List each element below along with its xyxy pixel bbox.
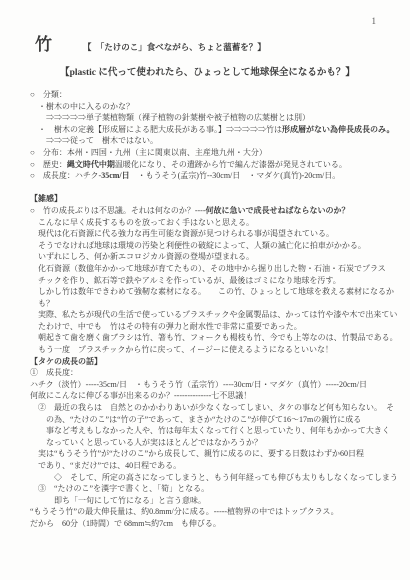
text-segment: 実際、私たちが現代の生活で使っているプラスチックや金属製品は、かっては竹や漆や木… (38, 310, 397, 319)
text-segment: しかし竹は数年できわめて強靭な素材になる。 この竹、ひょっとして地球を救える素材… (38, 287, 394, 296)
text-segment: も？ (38, 299, 54, 308)
text-line: そうでなければ地球は環境の汚染と利便性の破綻によって、人類の滅亡化に拍車がかかる… (24, 240, 398, 252)
text-segment: ② 最近の我らは 自然とのかかわりあいが少なくなってしまい、タケの事など何も知ら… (38, 403, 394, 412)
text-line: ○ 成長度：ハチク-35cm/日 ・もうそう(孟宗)竹--30cm/日 ・マダケ… (24, 170, 398, 182)
text-line: の為、“たけのこ”は“竹の子”であって、まさか“たけのこ”が伸びて16～17mの… (24, 414, 398, 426)
text-line: しかし竹は数年できわめて強靭な素材になる。 この竹、ひょっとして地球を救える素材… (24, 286, 398, 298)
text-line: チックを作り、鉱石等で鉄やアルミを作っているが、最後はゴミになり地球を汚す。 (24, 275, 398, 287)
text-segment: 温暖化になり、その遺跡から竹で編んだ漆器が発見されている。 (115, 160, 347, 169)
text-segment: こんなに早く成長するものを放っておく手はないと思える。 (38, 218, 254, 227)
text-line: ○ 歴史：縄文時代中期温暖化になり、その遺跡から竹で編んだ漆器が発見されている。 (24, 159, 398, 171)
text-segment: そうでなければ地球は環境の汚染と利便性の破綻によって、人類の滅亡化に拍車がかかる… (38, 241, 366, 250)
text-segment: “もうそう竹”の最大伸長量は、約0.8mm/分に成る。-----植物界の中ではト… (30, 507, 339, 516)
text-line: ○ 分類： (24, 89, 398, 101)
text-segment: ⇒⇒⇒従って 樹木ではない。 (46, 136, 158, 145)
text-line: だから 60分（1時間）で 68mm≒約7cm も伸びる。 (24, 518, 398, 530)
text-segment: 何故に急いで成長せねばならないのか？ (206, 206, 350, 215)
text-line: 実際、私たちが現代の生活で使っているプラスチックや金属製品は、かっては竹や漆や木… (24, 309, 398, 321)
text-segment: 事など考えもしなかった人や、竹は毎年太くなって行くと思っていたり、何年もかかって… (46, 426, 390, 435)
text-segment: 実は“もうそう竹”が“たけのこ”から成長して、親竹に成るのに、要する日数はわずか… (38, 449, 364, 458)
text-line: ⇒⇒⇒従って 樹木ではない。 (24, 135, 398, 147)
text-line: もう一度 プラスチックから竹に戻って、イージーに使えるようになるといいな！ (24, 344, 398, 356)
document-title: 竹 (35, 30, 53, 55)
text-segment: 現代は化石資源に代る強力な再生可能な資源が見つけられる事が渇望されている。 (38, 229, 334, 238)
text-line: たわけで、中でも 竹はその特有の弾力と耐水性で非常に重要であった。 (24, 321, 398, 333)
text-line: 事など考えもしなかった人や、竹は毎年太くなって行くと思っていたり、何年もかかって… (24, 425, 398, 437)
text-segment: チックを作り、鉱石等で鉄やアルミを作っているが、最後はゴミになり地球を汚す。 (38, 276, 341, 285)
text-segment: ⇒⇒⇒⇒⇒単子葉植物類（裸子植物の針葉樹や被子植物の広葉樹とは別） (46, 113, 310, 122)
document-body: ○ 分類：・樹木の中に入るのかな？⇒⇒⇒⇒⇒単子葉植物類（裸子植物の針葉樹や被子… (0, 89, 410, 530)
text-line: 【雑感】 (24, 193, 398, 205)
text-line: いずれにしろ、何か新エコロジカル資源の登場が望まれる。 (24, 251, 398, 263)
text-segment: いずれにしろ、何か新エコロジカル資源の登場が望まれる。 (38, 252, 254, 261)
text-segment: たわけで、中でも 竹はその特有の弾力と耐水性で非常に重要であった。 (38, 322, 302, 331)
title-note: 【 「たけのこ」食べながら、ちょと薀蓄を？】 (83, 41, 266, 55)
text-segment: だから 60分（1時間）で 68mm≒約7cm も伸びる。 (30, 519, 221, 528)
text-line: 現代は化石資源に代る強力な再生可能な資源が見つけられる事が渇望されている。 (24, 228, 398, 240)
text-line: ・ 樹木の定義【形成層による肥大成長がある事。】⇒⇒⇒⇒⇒竹は形成層がない為伸長… (24, 124, 398, 136)
text-segment: 形成層がない為伸長成長のみ。 (282, 125, 394, 134)
text-segment: ○ 竹の成長ぶりは不思議。それは何なのか？---- (30, 206, 206, 215)
page-number: 1 (372, 16, 377, 26)
text-segment: ・ 樹木の定義【形成層による肥大成長がある事。】⇒⇒⇒⇒⇒竹は (38, 125, 282, 134)
text-segment: ○ 分類： (30, 90, 67, 99)
text-segment: 縄文時代中期 (67, 160, 115, 169)
text-line: ・樹木の中に入るのかな？ (24, 101, 398, 113)
text-segment: ハチク（淡竹）-----35cm/日 ・もうそう竹（孟宗竹）----30cm/日… (30, 380, 367, 389)
text-segment: ・もうそう(孟宗)竹--30cm/日 ・マダケ(真竹)-20cm/日。 (130, 171, 341, 180)
text-segment: ・樹木の中に入るのかな？ (38, 102, 134, 111)
text-segment: 何故にこんなに伸びる事が出来るのか？--------------七不思議！ (30, 391, 251, 400)
text-line: ハチク（淡竹）-----35cm/日 ・もうそう竹（孟宗竹）----30cm/日… (24, 379, 398, 391)
text-segment: 即ち「一旬にして竹になる」と言う意味。 (54, 496, 206, 505)
blank-line (24, 182, 398, 194)
text-line: ① 成長度： (24, 367, 398, 379)
text-segment: ○ 成長度：ハチク- (30, 171, 101, 180)
text-line: ③ “たけのこ”を漢字で書くと、「筍」となる。 (24, 483, 398, 495)
text-line: 即ち「一旬にして竹になる」と言う意味。 (24, 495, 398, 507)
text-segment: であり、“まだけ”では、40日程である。 (38, 461, 181, 470)
text-line: なっていくと思っている人が実はほとんどではなかろうか？ (24, 437, 398, 449)
text-segment: ① 成長度： (30, 368, 78, 377)
text-line: 何故にこんなに伸びる事が出来るのか？--------------七不思議！ (24, 390, 398, 402)
text-line: ○ 分布：本州・四国・九州（主に関東以南、主産地九州・大分） (24, 147, 398, 159)
title-row: 竹 【 「たけのこ」食べながら、ちょと薀蓄を？】 (35, 30, 380, 55)
text-line: も？ (24, 298, 398, 310)
text-line: ◇ そして、所定の高さになってしまうと、もう何年経っても伸びも太りもしなくなって… (24, 472, 398, 484)
text-segment: 【雑感】 (30, 194, 62, 203)
text-line: ② 最近の我らは 自然とのかかわりあいが少なくなってしまい、タケの事など何も知ら… (24, 402, 398, 414)
text-segment: ③ “たけのこ”を漢字で書くと、「筍」となる。 (38, 484, 209, 493)
document-page: 1 竹 【 「たけのこ」食べながら、ちょと薀蓄を？】 【plastic に代って… (0, 0, 410, 580)
text-segment: 【タケの成長の話】 (30, 357, 102, 366)
text-line: ⇒⇒⇒⇒⇒単子葉植物類（裸子植物の針葉樹や被子植物の広葉樹とは別） (24, 112, 398, 124)
text-line: 実は“もうそう竹”が“たけのこ”から成長して、親竹に成るのに、要する日数はわずか… (24, 448, 398, 460)
text-line: であり、“まだけ”では、40日程である。 (24, 460, 398, 472)
text-line: こんなに早く成長するものを放っておく手はないと思える。 (24, 217, 398, 229)
text-segment: ◇ そして、所定の高さになってしまうと、もう何年経っても伸びも太りもしなくなって… (54, 473, 398, 482)
document-subtitle: 【plastic に代って使われたら、ひょっとして地球保全になるかも？】 (35, 64, 380, 78)
text-segment: ○ 歴史： (30, 160, 67, 169)
text-segment: 35cm/日 (101, 171, 129, 180)
text-segment: 化石資源（数億年かかって地球が育てたもの）、その地中から掘り出した物・石油・石炭… (38, 264, 386, 273)
text-segment: もう一度 プラスチックから竹に戻って、イージーに使えるようになるといいな！ (38, 345, 333, 354)
text-segment: の為、“たけのこ”は“竹の子”であって、まさか“たけのこ”が伸びて16～17mの… (46, 415, 361, 424)
text-segment: なっていくと思っている人が実はほとんどではなかろうか？ (46, 438, 262, 447)
document-header: 竹 【 「たけのこ」食べながら、ちょと薀蓄を？】 【plastic に代って使わ… (0, 0, 410, 78)
text-segment: 朝起きて歯を磨く歯ブラシは竹、箸も竹、フォークも楊枝も竹、今でも上等なのは、竹製… (38, 333, 398, 342)
text-line: 朝起きて歯を磨く歯ブラシは竹、箸も竹、フォークも楊枝も竹、今でも上等なのは、竹製… (24, 332, 398, 344)
text-line: “もうそう竹”の最大伸長量は、約0.8mm/分に成る。-----植物界の中ではト… (24, 506, 398, 518)
text-segment: ○ 分布：本州・四国・九州（主に関東以南、主産地九州・大分） (30, 148, 267, 157)
text-line: ○ 竹の成長ぶりは不思議。それは何なのか？----何故に急いで成長せねばならない… (24, 205, 398, 217)
text-line: 化石資源（数億年かかって地球が育てたもの）、その地中から掘り出した物・石油・石炭… (24, 263, 398, 275)
text-line: 【タケの成長の話】 (24, 356, 398, 368)
